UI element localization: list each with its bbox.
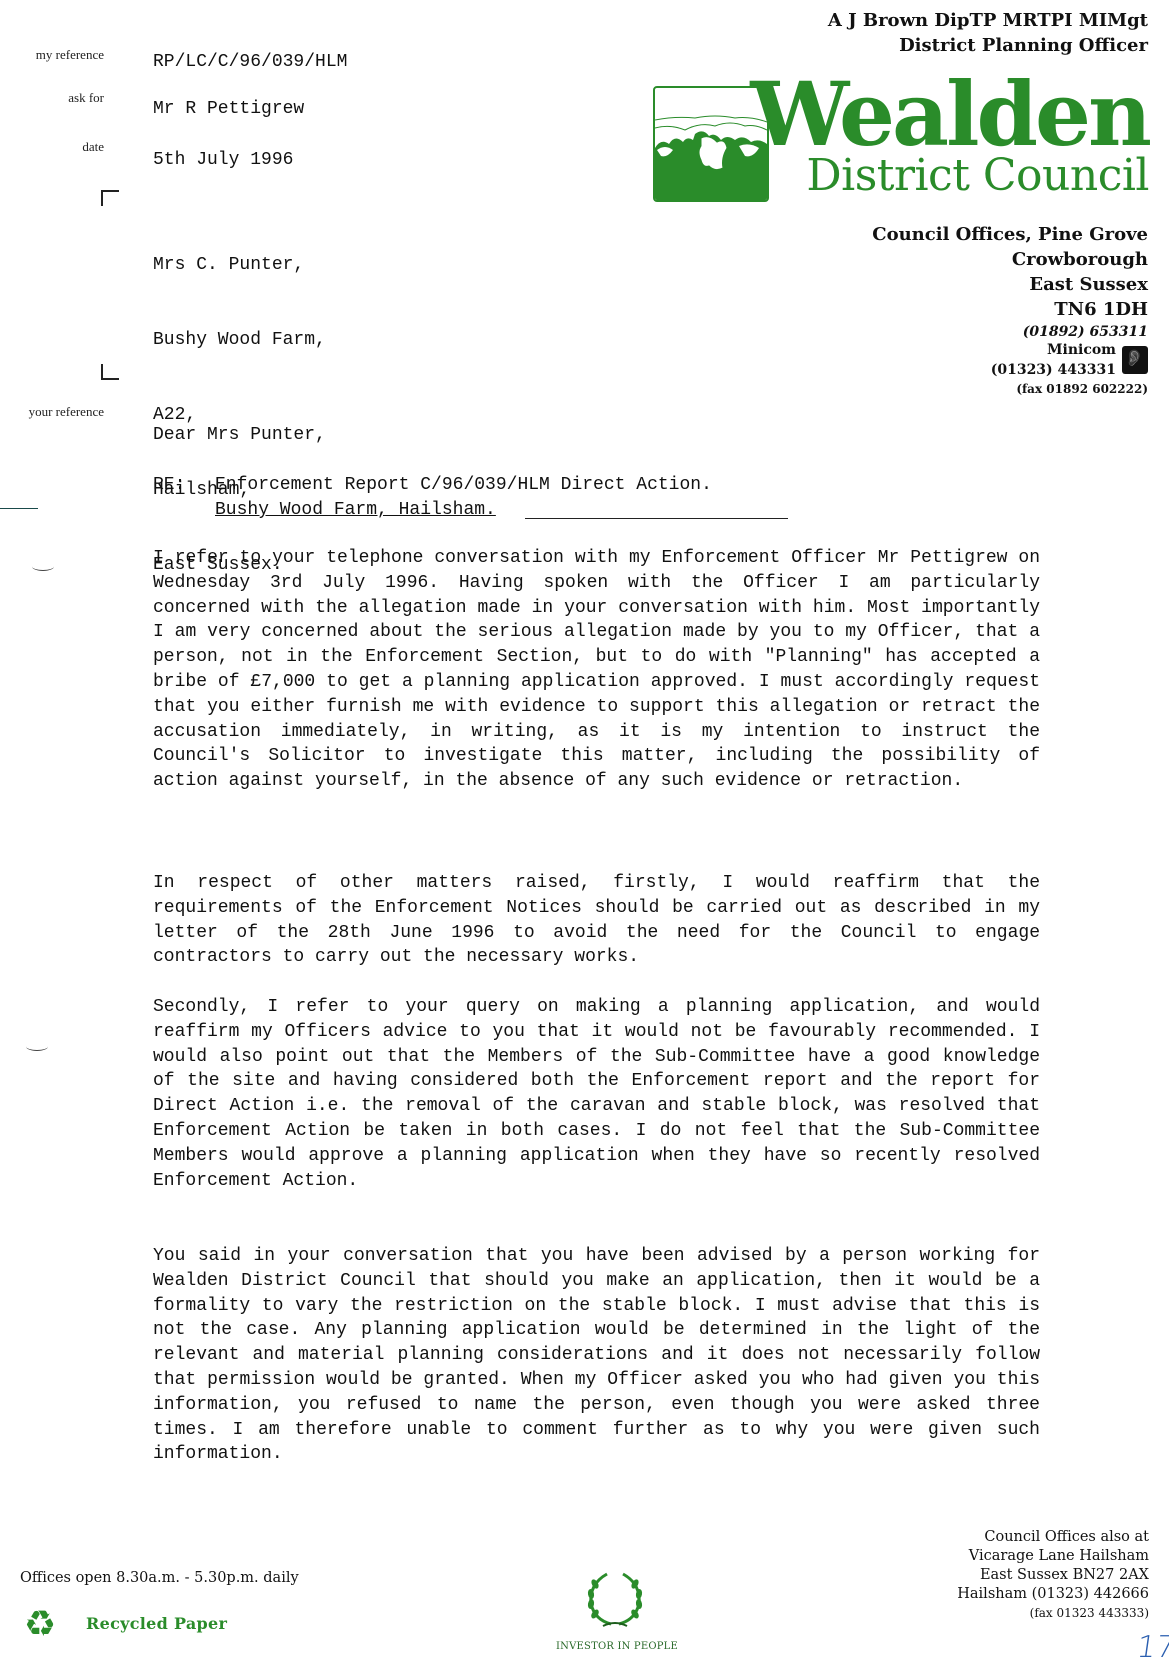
ask-for-label: ask for bbox=[68, 90, 104, 106]
minicom-block: Minicom (01323) 443331 bbox=[991, 340, 1148, 380]
secondary-office-address: Council Offices also at Vicarage Lane Ha… bbox=[957, 1528, 1149, 1623]
recipient-line: Mrs C. Punter, bbox=[153, 253, 326, 278]
address-line: Council Offices, Pine Grove bbox=[872, 222, 1148, 247]
recycled-paper-label: Recycled Paper bbox=[86, 1614, 227, 1633]
office-hours: Offices open 8.30a.m. - 5.30p.m. daily bbox=[20, 1570, 299, 1586]
paragraph: You said in your conversation that you h… bbox=[153, 1244, 1040, 1467]
address-line: TN6 1DH bbox=[872, 297, 1148, 322]
margin-mark bbox=[0, 508, 38, 509]
wreath-icon bbox=[585, 1570, 645, 1632]
paragraph: In respect of other matters raised, firs… bbox=[153, 871, 1040, 970]
address-line: East Sussex BN27 2AX bbox=[957, 1566, 1149, 1585]
investor-in-people-label: INVESTOR IN PEOPLE bbox=[556, 1641, 678, 1652]
council-address: Council Offices, Pine Grove Crowborough … bbox=[872, 222, 1148, 342]
subject-line: Enforcement Report C/96/039/HLM Direct A… bbox=[215, 475, 712, 495]
brand-name: Wealden bbox=[750, 70, 1149, 158]
recipient-line: Bushy Wood Farm, bbox=[153, 328, 326, 353]
date-label: date bbox=[82, 139, 104, 155]
my-reference-label: my reference bbox=[36, 47, 104, 63]
address-line: East Sussex bbox=[872, 272, 1148, 297]
officer-title: District Planning Officer bbox=[828, 33, 1148, 58]
paragraph: Secondly, I refer to your query on makin… bbox=[153, 995, 1040, 1193]
subject-underline bbox=[525, 518, 788, 519]
margin-mark bbox=[26, 1042, 48, 1051]
address-line: Vicarage Lane Hailsham bbox=[957, 1547, 1149, 1566]
address-line: Hailsham (01323) 442666 bbox=[957, 1585, 1149, 1604]
handwritten-page-number: 17 bbox=[1135, 1630, 1169, 1665]
phone: (01892) 653311 bbox=[872, 322, 1148, 342]
date-value: 5th July 1996 bbox=[153, 150, 293, 170]
officer-name: A J Brown DipTP MRTPI MIMgt bbox=[828, 8, 1148, 33]
paragraph: I refer to your telephone conversation w… bbox=[153, 546, 1040, 794]
address-bracket-bottom bbox=[101, 364, 119, 380]
salutation: Dear Mrs Punter, bbox=[153, 425, 326, 445]
your-reference-label: your reference bbox=[29, 404, 104, 420]
my-reference-value: RP/LC/C/96/039/HLM bbox=[153, 52, 347, 72]
margin-mark bbox=[32, 562, 54, 571]
re-label: RE: bbox=[153, 475, 185, 495]
address-bracket-top bbox=[101, 190, 119, 206]
brand-subtitle: District Council bbox=[750, 154, 1149, 198]
recipient-address: Mrs C. Punter, Bushy Wood Farm, A22, Hai… bbox=[153, 203, 326, 603]
fax-number: (fax 01323 443333) bbox=[957, 1604, 1149, 1623]
address-line: Council Offices also at bbox=[957, 1528, 1149, 1547]
fax-number: (fax 01892 602222) bbox=[1016, 382, 1148, 396]
address-line: Crowborough bbox=[872, 247, 1148, 272]
minicom-phone: (01323) 443331 bbox=[991, 360, 1116, 380]
recycle-icon: ♻ bbox=[20, 1605, 60, 1643]
subject-location: Bushy Wood Farm, Hailsham. bbox=[215, 500, 496, 520]
minicom-label: Minicom bbox=[991, 340, 1116, 360]
ear-icon bbox=[1122, 346, 1148, 374]
officer-block: A J Brown DipTP MRTPI MIMgt District Pla… bbox=[828, 8, 1148, 58]
ask-for-value: Mr R Pettigrew bbox=[153, 99, 304, 119]
brand-logo: Wealden District Council bbox=[750, 70, 1149, 198]
